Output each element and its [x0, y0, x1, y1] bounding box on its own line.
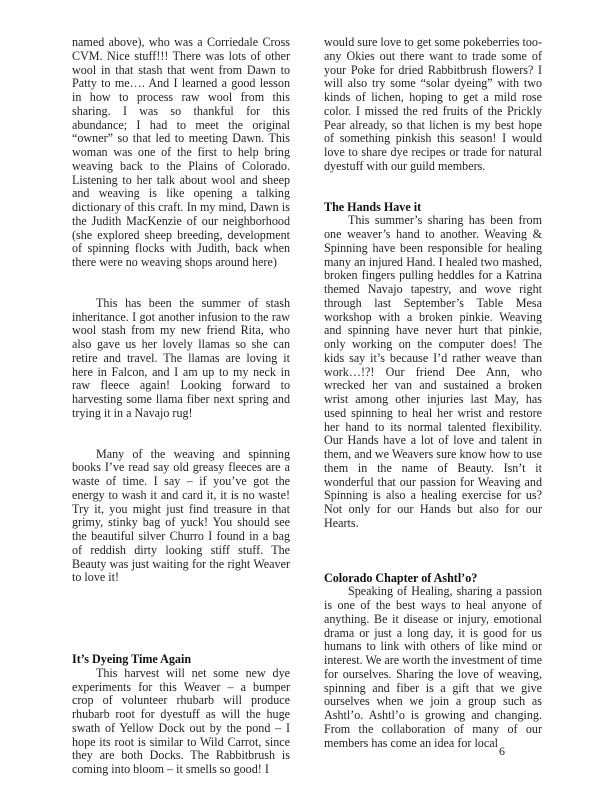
document-page: named above), who was a Corriedale Cross…	[0, 0, 612, 792]
section-heading-dyeing-time: It’s Dyeing Time Again	[72, 653, 290, 667]
left-column: named above), who was a Corriedale Cross…	[72, 36, 290, 777]
paragraph-stash-inheritance: This has been the summer of stash inheri…	[72, 297, 290, 421]
paragraph-greasy-fleeces: Many of the weaving and spinning books I…	[72, 448, 290, 586]
paragraph-corriedale-wool: named above), who was a Corriedale Cross…	[72, 36, 290, 270]
paragraph-sharing-passion: Speaking of Healing, sharing a passion i…	[324, 585, 542, 750]
paragraph-pokeberries: would sure love to get some pokeberries …	[324, 36, 542, 174]
paragraph-healing-hands: This summer’s sharing has been from one …	[324, 214, 542, 530]
paragraph-dye-experiments: This harvest will net some new dye exper…	[72, 667, 290, 777]
section-heading-colorado-chapter: Colorado Chapter of Ashtl’o?	[324, 572, 542, 586]
right-column: would sure love to get some pokeberries …	[324, 36, 542, 750]
page-number: 6	[499, 744, 505, 759]
section-heading-hands-have-it: The Hands Have it	[324, 201, 542, 215]
